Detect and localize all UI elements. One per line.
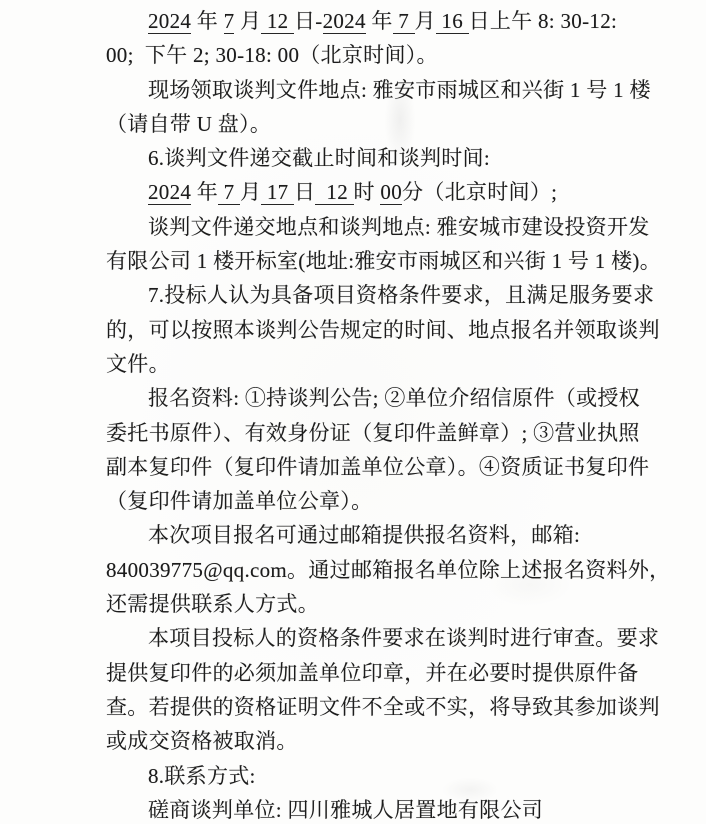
- text-run: 本项目投标人的资格条件要求在谈判时进行审查。要求: [148, 626, 659, 650]
- text-run: 现场领取谈判文件地点: 雅安市雨城区和兴街 1 号 1 楼: [148, 78, 651, 102]
- text-line: 或成交资格被取消。: [106, 724, 676, 758]
- text-run: 月: [415, 9, 436, 33]
- underlined-text-run: 7: [218, 180, 240, 205]
- underlined-text-run: 2024: [148, 9, 191, 34]
- text-line: 磋商谈判单位: 四川雅城人居置地有限公司: [106, 793, 676, 824]
- text-run: 副本复印件（复印件请加盖单位公章）。④资质证书复印件: [106, 455, 649, 479]
- text-line: （复印件请加盖单位公章）。: [106, 484, 676, 518]
- text-line: （请自带 U 盘）。: [106, 107, 676, 141]
- text-run: 或成交资格被取消。: [106, 729, 298, 753]
- text-run: 7.投标人认为具备项目资格条件要求，且满足服务要求: [148, 283, 654, 307]
- text-run: 年: [191, 9, 223, 33]
- text-line: 7.投标人认为具备项目资格条件要求，且满足服务要求: [106, 278, 676, 312]
- text-line: 委托书原件）、有效身份证（复印件盖鲜章）; ③营业执照: [106, 416, 676, 450]
- text-line: 8.联系方式:: [106, 759, 676, 793]
- text-run: 提供复印件的必须加盖单位印章，并在必要时提供原件备: [106, 661, 639, 685]
- underlined-text-run: 2024: [148, 180, 191, 205]
- text-line: 还需提供联系人方式。: [106, 587, 676, 621]
- text-line: 6.谈判文件递交截止时间和谈判时间:: [106, 141, 676, 175]
- text-run: 查。若提供的资格证明文件不全或不实，将导致其参加谈判: [106, 695, 660, 719]
- text-line: 报名资料: ①持谈判公告; ②单位介绍信原件（或授权: [106, 381, 676, 415]
- text-line: 的，可以按照本谈判公告规定的时间、地点报名并领取谈判: [106, 313, 676, 347]
- underlined-text-run: 12: [261, 9, 294, 34]
- underlined-text-run: 7: [393, 9, 415, 34]
- text-run: 有限公司 1 楼开标室(地址:雅安市雨城区和兴街 1 号 1 楼)。: [106, 249, 661, 273]
- text-run: 时: [354, 180, 381, 204]
- text-line: 现场领取谈判文件地点: 雅安市雨城区和兴街 1 号 1 楼: [106, 73, 676, 107]
- text-run: 委托书原件）、有效身份证（复印件盖鲜章）; ③营业执照: [106, 421, 640, 445]
- text-line: 2024 年 7 月 12 日-2024 年 7 月 16 日上午 8: 30-…: [106, 4, 676, 38]
- text-run: （请自带 U 盘）。: [106, 112, 271, 136]
- text-line: 副本复印件（复印件请加盖单位公章）。④资质证书复印件: [106, 450, 676, 484]
- text-run: 日上午 8: 30-12:: [469, 9, 618, 33]
- text-line: 本项目投标人的资格条件要求在谈判时进行审查。要求: [106, 621, 676, 655]
- text-line: 有限公司 1 楼开标室(地址:雅安市雨城区和兴街 1 号 1 楼)。: [106, 244, 676, 278]
- text-line: 2024 年 7 月 17 日 12 时 00分（北京时间）;: [106, 175, 676, 209]
- document-lines: 2024 年 7 月 12 日-2024 年 7 月 16 日上午 8: 30-…: [106, 4, 676, 824]
- text-line: 谈判文件递交地点和谈判地点: 雅安城市建设投资开发: [106, 210, 676, 244]
- text-line: 00; 下午 2; 30-18: 00（北京时间）。: [106, 38, 676, 72]
- text-line: 本次项目报名可通过邮箱提供报名资料，邮箱:: [106, 518, 676, 552]
- text-run: 分（北京时间）;: [402, 180, 557, 204]
- text-run: 日-: [294, 9, 323, 33]
- text-run: 00; 下午 2; 30-18: 00（北京时间）。: [106, 43, 438, 67]
- text-line: 840039775@qq.com。通过邮箱报名单位除上述报名资料外，: [106, 553, 676, 587]
- text-run: 年: [366, 9, 393, 33]
- text-line: 查。若提供的资格证明文件不全或不实，将导致其参加谈判: [106, 690, 676, 724]
- text-run: 日: [294, 180, 315, 204]
- text-run: （复印件请加盖单位公章）。: [106, 489, 372, 513]
- underlined-text-run: 2024: [323, 9, 366, 34]
- text-run: 本次项目报名可通过邮箱提供报名资料，邮箱:: [148, 523, 580, 547]
- text-run: 报名资料: ①持谈判公告; ②单位介绍信原件（或授权: [148, 386, 640, 410]
- text-line: 提供复印件的必须加盖单位印章，并在必要时提供原件备: [106, 656, 676, 690]
- text-run: 月: [240, 180, 261, 204]
- underlined-text-run: 17: [261, 180, 294, 205]
- text-run: 磋商谈判单位: 四川雅城人居置地有限公司: [148, 798, 543, 822]
- text-line: 文件。: [106, 347, 676, 381]
- underlined-text-run: 12: [315, 180, 353, 205]
- text-run: 的，可以按照本谈判公告规定的时间、地点报名并领取谈判: [106, 318, 660, 342]
- text-run: 6.谈判文件递交截止时间和谈判时间:: [148, 146, 490, 170]
- text-run: 年: [191, 180, 218, 204]
- underlined-text-run: 00: [380, 180, 402, 205]
- scanned-document-page: 2024 年 7 月 12 日-2024 年 7 月 16 日上午 8: 30-…: [0, 0, 706, 824]
- text-run: 谈判文件递交地点和谈判地点: 雅安城市建设投资开发: [148, 215, 650, 239]
- text-run: 文件。: [106, 352, 170, 376]
- underlined-text-run: 7: [224, 9, 235, 34]
- underlined-text-run: 16: [436, 9, 469, 34]
- text-run: 840039775@qq.com。通过邮箱报名单位除上述报名资料外，: [106, 558, 670, 582]
- text-run: 还需提供联系人方式。: [106, 592, 319, 616]
- text-run: 月: [234, 9, 261, 33]
- text-run: 8.联系方式:: [148, 764, 256, 788]
